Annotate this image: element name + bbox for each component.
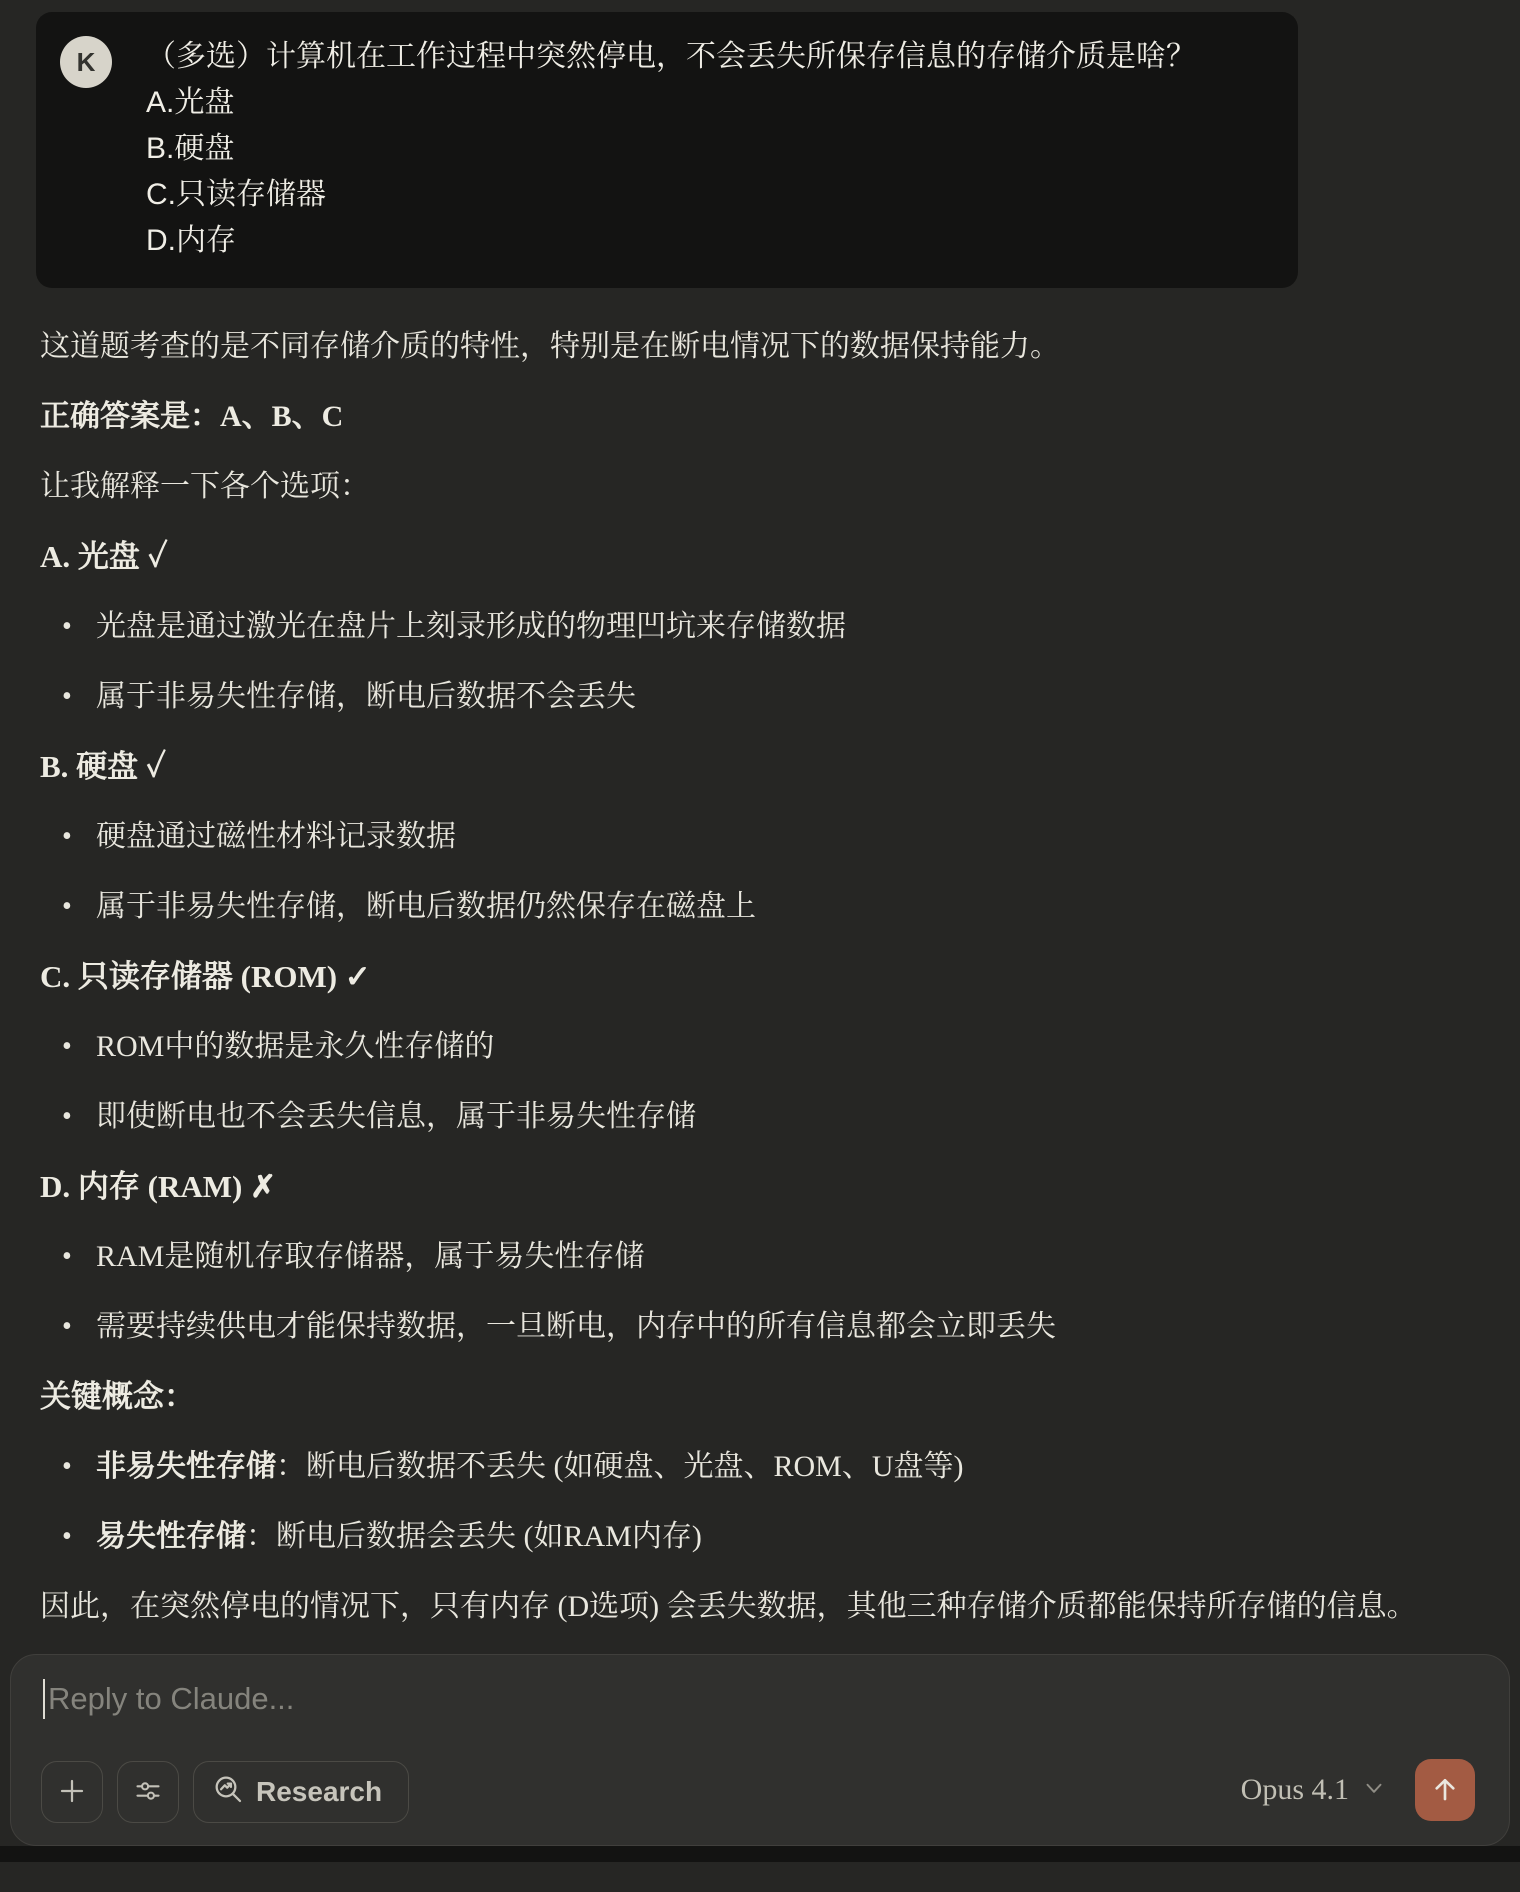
arrow-up-icon (1429, 1773, 1461, 1808)
composer-right: Opus 4.1 (1241, 1759, 1475, 1821)
list-item: ROM中的数据是永久性存储的 (96, 1024, 1482, 1070)
user-message-bubble: K （多选）计算机在工作过程中突然停电，不会丢失所保存信息的存储介质是啥？ A.… (36, 12, 1298, 288)
correct-answer: 正确答案是：A、B、C (40, 394, 1482, 440)
list-item: 即使断电也不会丢失信息，属于非易失性存储 (96, 1094, 1482, 1140)
send-button[interactable] (1415, 1759, 1475, 1821)
sliders-icon (134, 1777, 162, 1808)
list-item: 属于非易失性存储，断电后数据仍然保存在磁盘上 (96, 884, 1482, 930)
chevron-down-icon (1361, 1771, 1387, 1809)
reply-input[interactable]: Reply to Claude... (43, 1679, 1477, 1719)
question-text: （多选）计算机在工作过程中突然停电，不会丢失所保存信息的存储介质是啥？ (146, 34, 1196, 80)
concept-rest: ：断电后数据会丢失 (如RAM内存) (246, 1520, 702, 1553)
text-cursor (43, 1679, 45, 1719)
answer-intro: 这道题考查的是不同存储介质的特性，特别是在断电情况下的数据保持能力。 (40, 324, 1482, 370)
list-item: 非易失性存储：断电后数据不丢失 (如硬盘、光盘、ROM、U盘等) (96, 1444, 1482, 1490)
chat-thread: K （多选）计算机在工作过程中突然停电，不会丢失所保存信息的存储介质是啥？ A.… (0, 0, 1520, 1630)
composer-panel: Reply to Claude... (10, 1654, 1510, 1846)
section-title-c: C. 只读存储器 (ROM) ✓ (40, 954, 1482, 1000)
list-item: 属于非易失性存储，断电后数据不会丢失 (96, 674, 1482, 720)
option-a: A.光盘 (146, 80, 1196, 126)
assistant-message: 这道题考查的是不同存储介质的特性，特别是在断电情况下的数据保持能力。 正确答案是… (40, 324, 1482, 1630)
section-b-bullets: 硬盘通过磁性材料记录数据 属于非易失性存储，断电后数据仍然保存在磁盘上 (40, 814, 1482, 930)
user-avatar: K (60, 36, 112, 88)
plus-icon (57, 1776, 87, 1809)
section-c-bullets: ROM中的数据是永久性存储的 即使断电也不会丢失信息，属于非易失性存储 (40, 1024, 1482, 1140)
research-label: Research (256, 1776, 382, 1808)
concept-term: 非易失性存储 (96, 1450, 276, 1483)
tools-button[interactable] (117, 1761, 179, 1823)
section-a-bullets: 光盘是通过激光在盘片上刻录形成的物理凹坑来存储数据 属于非易失性存储，断电后数据… (40, 604, 1482, 720)
key-concepts-title: 关键概念： (40, 1374, 1482, 1420)
concept-rest: ：断电后数据不丢失 (如硬盘、光盘、ROM、U盘等) (276, 1450, 964, 1483)
section-title-b: B. 硬盘 ✓ (40, 744, 1482, 790)
option-b: B.硬盘 (146, 126, 1196, 172)
model-selector[interactable]: Opus 4.1 (1241, 1771, 1387, 1809)
model-label: Opus 4.1 (1241, 1773, 1349, 1807)
list-item: 硬盘通过磁性材料记录数据 (96, 814, 1482, 860)
section-title-d: D. 内存 (RAM) ✗ (40, 1164, 1482, 1210)
list-item: RAM是随机存取存储器，属于易失性存储 (96, 1234, 1482, 1280)
research-button[interactable]: Research (193, 1761, 409, 1823)
list-item: 光盘是通过激光在盘片上刻录形成的物理凹坑来存储数据 (96, 604, 1482, 650)
section-d-bullets: RAM是随机存取存储器，属于易失性存储 需要持续供电才能保持数据，一旦断电，内存… (40, 1234, 1482, 1350)
concept-term: 易失性存储 (96, 1520, 246, 1553)
composer-actions: Research (41, 1761, 409, 1823)
magnifier-trend-icon (212, 1773, 244, 1812)
option-c: C.只读存储器 (146, 172, 1196, 218)
reply-placeholder: Reply to Claude... (48, 1681, 294, 1717)
attach-button[interactable] (41, 1761, 103, 1823)
list-item: 需要持续供电才能保持数据，一旦断电，内存中的所有信息都会立即丢失 (96, 1304, 1482, 1350)
key-concepts-bullets: 非易失性存储：断电后数据不丢失 (如硬盘、光盘、ROM、U盘等) 易失性存储：断… (40, 1444, 1482, 1560)
user-message-text: （多选）计算机在工作过程中突然停电，不会丢失所保存信息的存储介质是啥？ A.光盘… (146, 34, 1196, 264)
bottom-edge (0, 1846, 1520, 1862)
option-d: D.内存 (146, 218, 1196, 264)
list-item: 易失性存储：断电后数据会丢失 (如RAM内存) (96, 1514, 1482, 1560)
answer-lead-in: 让我解释一下各个选项： (40, 464, 1482, 510)
answer-conclusion: 因此，在突然停电的情况下，只有内存 (D选项) 会丢失数据，其他三种存储介质都能… (40, 1584, 1482, 1630)
section-title-a: A. 光盘 ✓ (40, 534, 1482, 580)
